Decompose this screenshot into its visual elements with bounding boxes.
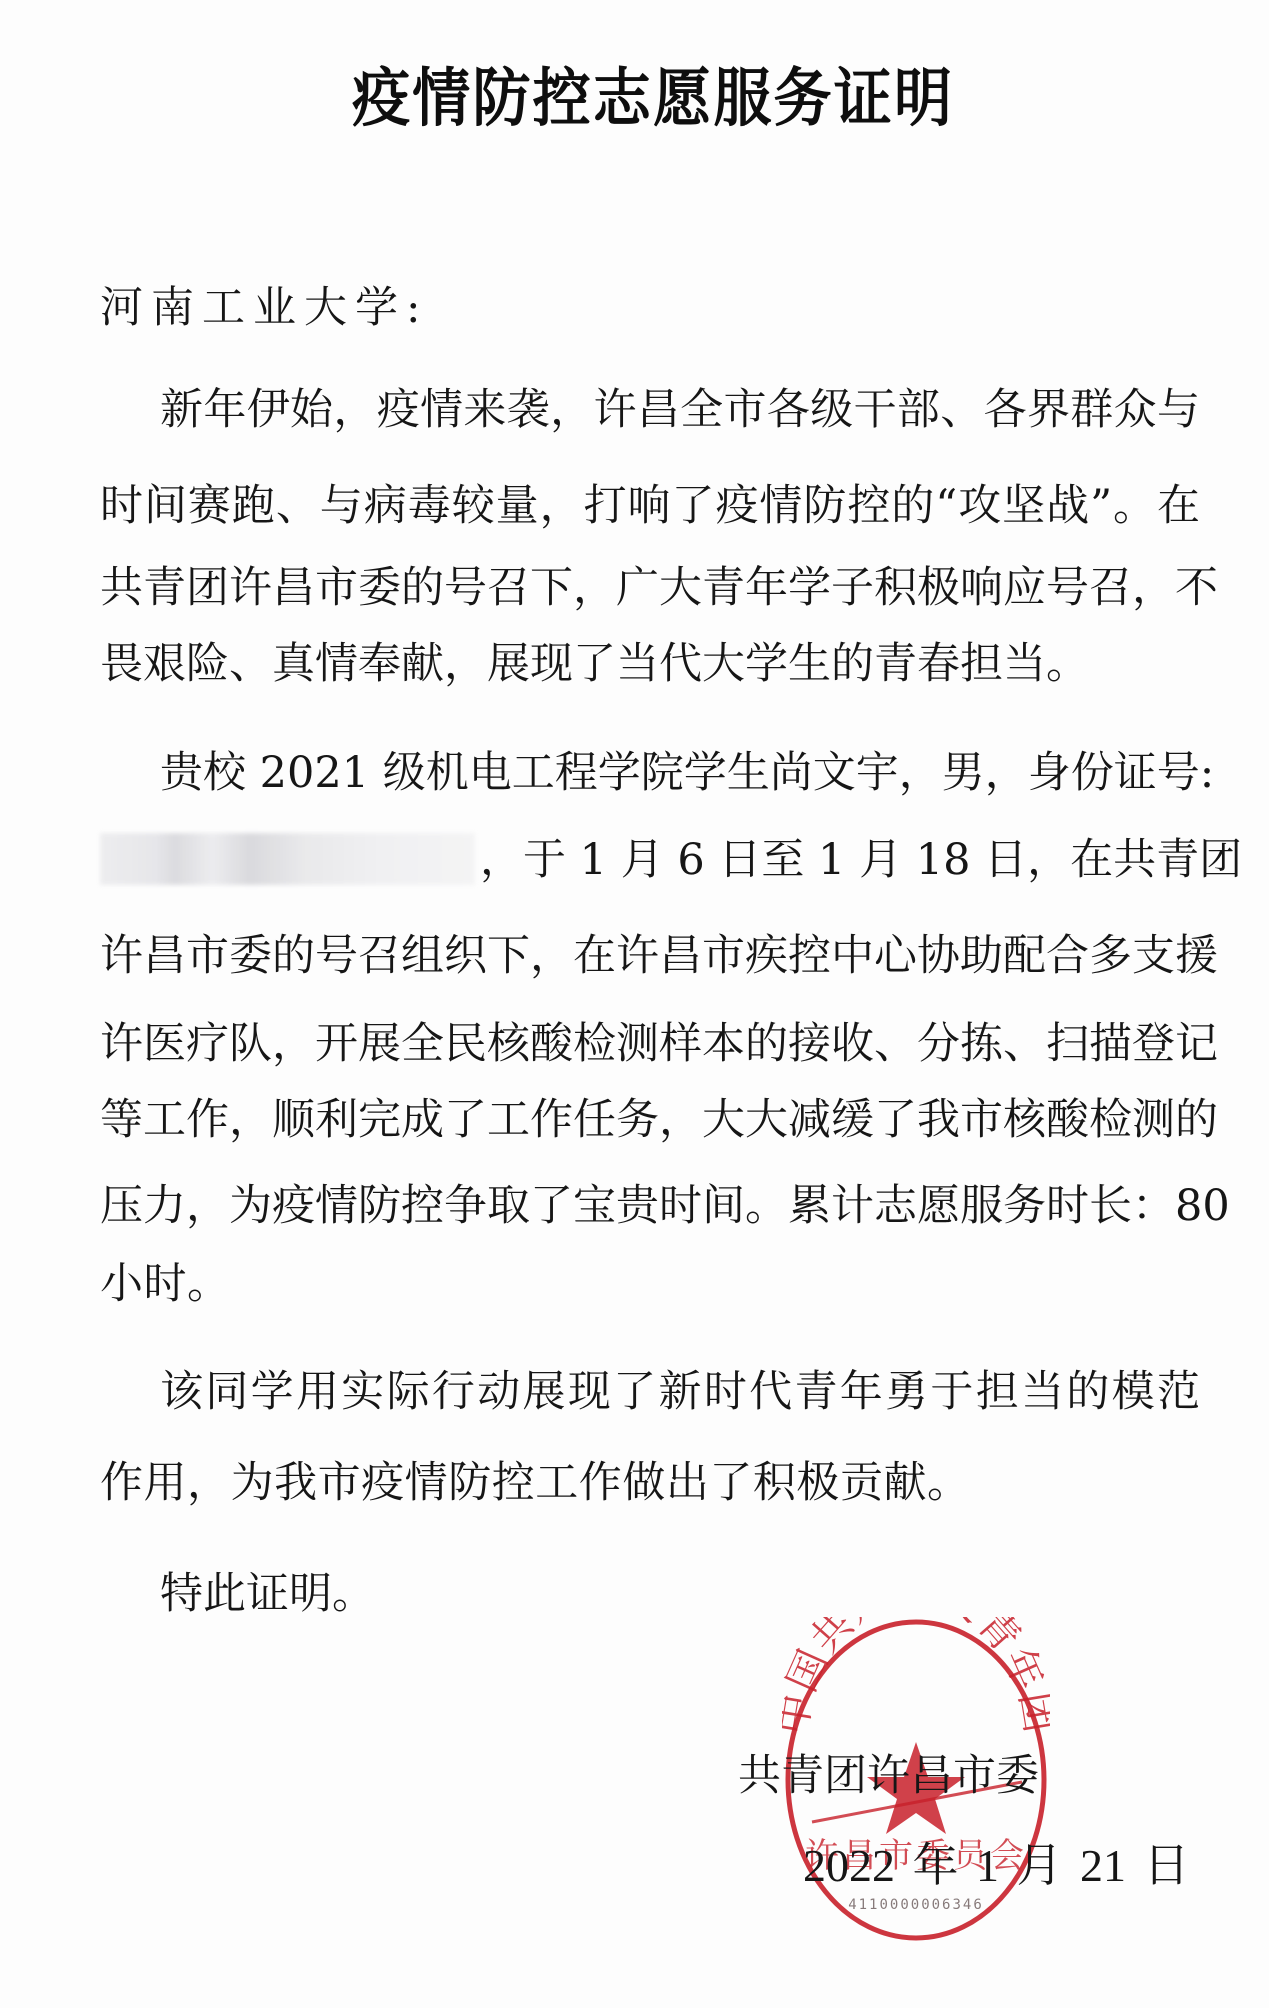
salutation: 河南工业大学:	[100, 280, 400, 336]
body-line-8: 许医疗队，开展全民核酸检测样本的接收、分拣、扫描登记	[100, 1016, 1200, 1072]
body-line-6: ，于 1 月 6 日至 1 月 18 日，在共青团	[480, 832, 1200, 888]
body-line-10: 压力，为疫情防控争取了宝贵时间。累计志愿服务时长：80	[100, 1178, 1200, 1234]
redacted-id-number	[100, 833, 475, 885]
closing-line: 特此证明。	[160, 1566, 375, 1622]
certificate-page: 疫情防控志愿服务证明 河南工业大学: 新年伊始，疫情来袭，许昌全市各级干部、各界…	[0, 0, 1269, 2008]
body-line-13: 作用，为我市疫情防控工作做出了积极贡献。	[100, 1455, 970, 1511]
signing-date: 2022 年 1 月 21 日	[803, 1838, 1128, 1894]
body-line-12: 该同学用实际行动展现了新时代青年勇于担当的模范	[160, 1364, 1200, 1420]
body-line-5: 贵校 2021 级机电工程学院学生尚文宇，男，身份证号:	[160, 745, 1200, 801]
document-title: 疫情防控志愿服务证明	[352, 54, 952, 142]
body-line-7: 许昌市委的号召组织下，在许昌市疾控中心协助配合多支援	[100, 928, 1200, 984]
body-line-2: 时间赛跑、与病毒较量，打响了疫情防控的“攻坚战”。在	[100, 478, 1200, 534]
svg-text:4110000006346: 4110000006346	[848, 1897, 984, 1913]
body-line-1: 新年伊始，疫情来袭，许昌全市各级干部、各界群众与	[160, 382, 1200, 438]
body-line-3: 共青团许昌市委的号召下，广大青年学子积极响应号召，不	[100, 560, 1200, 616]
body-line-4: 畏艰险、真情奉献，展现了当代大学生的青春担当。	[100, 636, 1050, 692]
svg-text:中国共产主义青年团: 中国共产主义青年团	[782, 1617, 1050, 1738]
body-line-9: 等工作，顺利完成了工作任务，大大减缓了我市核酸检测的	[100, 1092, 1200, 1148]
body-line-11: 小时。	[100, 1256, 230, 1312]
signing-organization: 共青团许昌市委	[738, 1748, 1038, 1804]
